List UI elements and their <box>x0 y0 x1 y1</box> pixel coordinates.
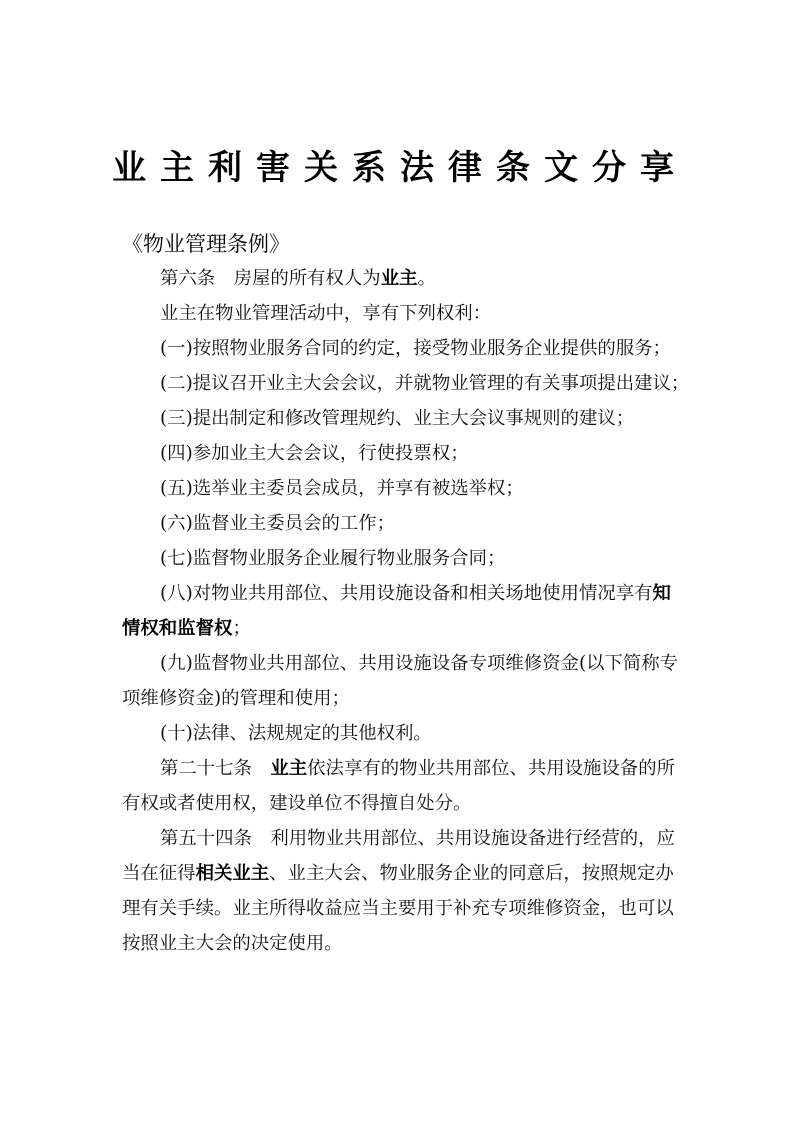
right-2: (二)提议召开业主大会会议，并就物业管理的有关事项提出建议； <box>160 373 689 395</box>
document-title: 业主利害关系法律条文分享 <box>0 140 800 189</box>
right-1: (一)按照物业服务合同的约定，接受物业服务企业提供的服务； <box>160 338 671 360</box>
text: ； <box>232 618 250 639</box>
text: (八)对物业共用部位、共用设施设备和相关场地使用情况享有 <box>160 583 653 604</box>
right-9: (九)监督物业共用部位、共用设施设备专项维修资金(以下简称专 <box>160 653 678 675</box>
bold-term: 情权和监督权 <box>122 618 232 639</box>
book-title: 《物业管理条例》 <box>122 228 290 258</box>
article-6: 第六条 房屋的所有权人为业主。 <box>160 268 436 290</box>
right-5: (五)选举业主委员会成员，并享有被选举权； <box>160 478 524 500</box>
text: 、业主大会、物业服务企业的同意后，按照规定办 <box>269 863 674 884</box>
article-54: 第五十四条 利用物业共用部位、共用设施设备进行经营的，应 <box>160 828 675 850</box>
right-4: (四)参加业主大会会议，行使投票权； <box>160 443 469 465</box>
bold-term: 业主 <box>270 758 307 779</box>
article-27-cont: 有权或者使用权，建设单位不得擅自处分。 <box>122 793 471 815</box>
right-3: (三)提出制定和修改管理规约、业主大会议事规则的建议； <box>160 408 634 430</box>
article-54-line2: 当在征得相关业主、业主大会、物业服务企业的同意后，按照规定办 <box>122 863 674 885</box>
text: 。 <box>418 268 436 289</box>
right-8-cont: 情权和监督权； <box>122 618 251 640</box>
article-54-line4: 按照业主大会的决定使用。 <box>122 933 343 955</box>
bold-term: 相关业主 <box>196 863 270 884</box>
bold-term: 知 <box>653 583 671 604</box>
right-6: (六)监督业主委员会的工作； <box>160 513 395 535</box>
text: 当在征得 <box>122 863 196 884</box>
article-54-line3: 理有关手续。业主所得收益应当主要用于补充专项维修资金，也可以 <box>122 898 674 920</box>
right-8: (八)对物业共用部位、共用设施设备和相关场地使用情况享有知 <box>160 583 671 605</box>
text: 第六条 房屋的所有权人为 <box>160 268 381 289</box>
text: 依法享有的物业共用部位、共用设施设备的所 <box>307 758 675 779</box>
bold-term: 业主 <box>381 268 418 289</box>
right-10: (十)法律、法规规定的其他权利。 <box>160 723 432 745</box>
right-9-cont: 项维修资金)的管理和使用； <box>122 688 350 710</box>
right-7: (七)监督物业服务企业履行物业服务合同； <box>160 548 505 570</box>
rights-intro: 业主在物业管理活动中，享有下列权利： <box>160 303 491 325</box>
article-27: 第二十七条 业主依法享有的物业共用部位、共用设施设备的所 <box>160 758 675 780</box>
text: 第二十七条 <box>160 758 270 779</box>
